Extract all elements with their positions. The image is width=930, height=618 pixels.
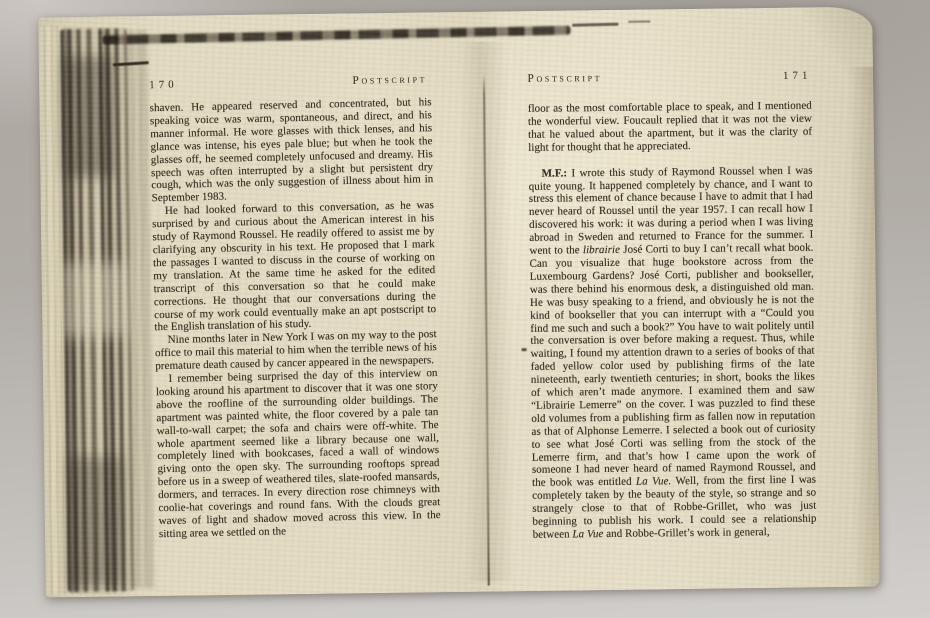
scan-smudge-dark-bottom [68,456,124,587]
text-segment: librairie [583,244,620,256]
text-segment: I remember being surprised the day of th… [156,367,441,540]
page-left-body: shaven. He appeared reserved and concent… [150,96,442,541]
page-left-header: 170 Postscript [149,73,431,91]
paragraph: He had looked forward to this conversati… [152,199,437,334]
page-right-body: floor as the most comfortable place to s… [528,100,817,542]
paragraph: floor as the most comfortable place to s… [528,100,813,155]
running-head-left: Postscript [352,73,427,87]
text-segment: La Vue [572,528,603,540]
scan-smudge-dark-top [63,57,115,178]
text-segment: and Robbe-Grillet’s work in general, [603,526,769,540]
text-segment: shaven. He appeared reserved and concent… [150,96,434,204]
paragraph: Nine months later in New York I was on m… [155,328,438,373]
scan-smudge-top-dash [628,20,650,22]
scan-smudge-top-thin [572,23,618,27]
running-head-right: Postscript [527,72,602,85]
text-segment: He had looked forward to this conversati… [152,199,436,333]
photo-background: 170 Postscript shaven. He appeared reser… [0,0,930,618]
page-number-right: 171 [783,70,812,82]
page-number-left: 170 [149,79,178,92]
text-segment: José Corti to buy I can’t recall what bo… [530,242,816,490]
margin-tick-mark [522,348,527,351]
paragraph: M.F.: I wrote this study of Raymond Rous… [528,164,816,541]
page-right: Postscript 171 floor as the most comfort… [527,70,816,542]
text-segment: La Vue. [636,476,671,488]
page-left: 170 Postscript shaven. He appeared reser… [149,73,441,541]
text-segment: floor as the most comfortable place to s… [528,100,812,154]
book-spread: 170 Postscript shaven. He appeared reser… [38,7,880,598]
paragraph: I remember being surprised the day of th… [155,367,441,541]
paragraph: shaven. He appeared reserved and concent… [150,96,434,205]
text-segment: M.F.: [541,167,571,179]
scan-smudge-gap [61,262,128,337]
text-segment: Nine months later in New York I was on m… [155,328,437,372]
page-right-header: Postscript 171 [527,70,811,85]
right-edge-shade [847,67,880,587]
